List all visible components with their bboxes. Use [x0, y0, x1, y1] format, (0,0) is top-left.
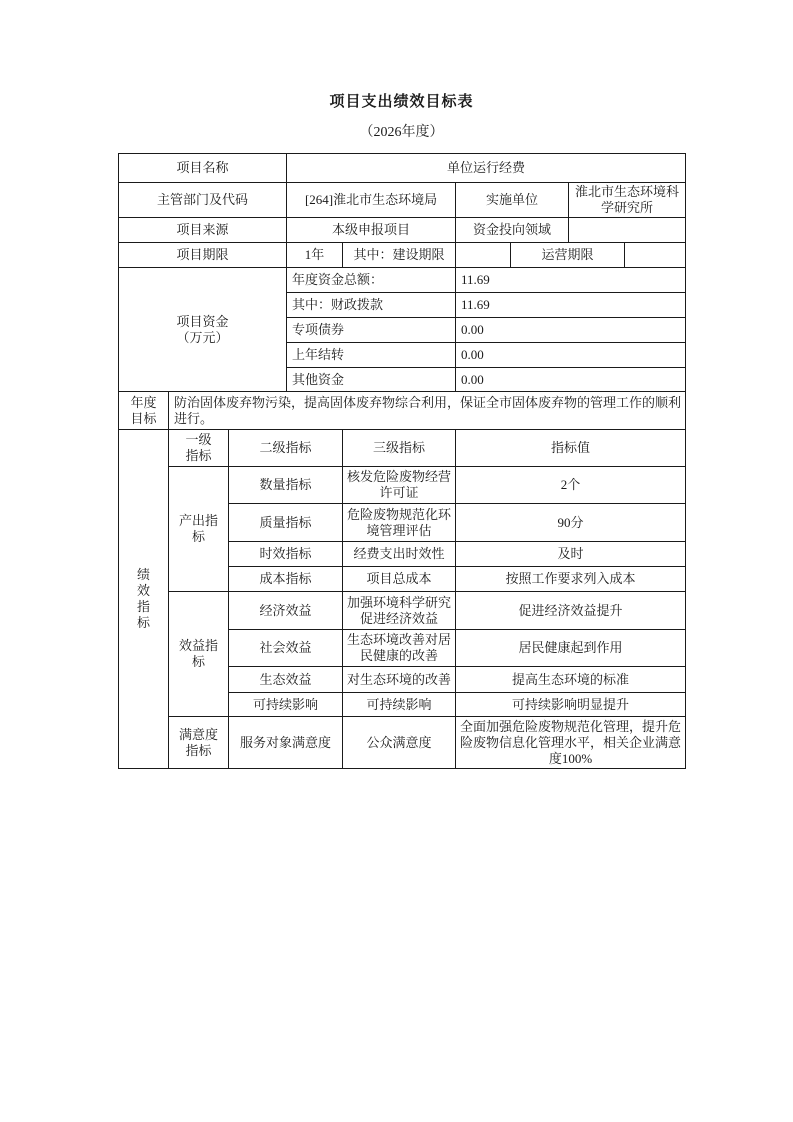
row-fund-total: 项目资金 （万元） 年度资金总额： 11.69 — [119, 268, 686, 293]
construction-period-value-cell — [456, 243, 511, 268]
group-satisfaction-label: 满意度指标 — [177, 727, 220, 759]
fund-bond-value-cell: 0.00 — [456, 318, 686, 343]
output-quantity-level3-cell: 核发危险废物经营许可证 — [343, 467, 456, 504]
satisfaction-level3-cell: 公众满意度 — [343, 717, 456, 769]
document-page: 项目支出绩效目标表 （2026年度） 项目名称 单位运行经费 主管部门及代码 [… — [0, 0, 793, 769]
impl-unit-label-cell: 实施单位 — [456, 183, 569, 218]
row-project-name: 项目名称 单位运行经费 — [119, 154, 686, 183]
doc-title: 项目支出绩效目标表 — [118, 92, 685, 112]
period-label-cell: 项目期限 — [119, 243, 287, 268]
annual-goal-text-cell: 防治固体废弃物污染，提高固体废弃物综合利用，保证全市固体废弃物的管理工作的顺利进… — [169, 392, 686, 430]
operation-period-label-cell: 运营期限 — [511, 243, 625, 268]
header-level2-cell: 二级指标 — [229, 430, 343, 467]
operation-period-value-cell — [625, 243, 686, 268]
output-quantity-value-cell: 2个 — [456, 467, 686, 504]
group-output-label: 产出指标 — [177, 513, 220, 545]
construction-period-label-cell: 其中：建设期限 — [343, 243, 456, 268]
performance-label-cell: 绩效指标 — [119, 430, 169, 769]
annual-goal-label: 年度目标 — [129, 395, 158, 427]
row-period: 项目期限 1年 其中：建设期限 运营期限 — [119, 243, 686, 268]
output-quantity-level2-cell: 数量指标 — [229, 467, 343, 504]
benefit-ecological-value-cell: 提高生态环境的标准 — [456, 667, 686, 693]
benefit-economic-value-cell: 促进经济效益提升 — [456, 592, 686, 630]
performance-label: 绩效指标 — [136, 567, 151, 631]
output-cost-value-cell: 按照工作要求列入成本 — [456, 567, 686, 592]
benefit-ecological-level2-cell: 生态效益 — [229, 667, 343, 693]
row-benefit-economic: 效益指标 经济效益 加强环境科学研究促进经济效益 促进经济效益提升 — [119, 592, 686, 630]
row-satisfaction: 满意度指标 服务对象满意度 公众满意度 全面加强危险废物规范化管理，提升危险废物… — [119, 717, 686, 769]
benefit-social-value-cell: 居民健康起到作用 — [456, 630, 686, 667]
output-timeliness-level2-cell: 时效指标 — [229, 542, 343, 567]
fund-other-label-cell: 其他资金 — [287, 368, 456, 392]
fund-total-label-cell: 年度资金总额： — [287, 268, 456, 293]
benefit-sustainability-level3-cell: 可持续影响 — [343, 693, 456, 717]
fund-group-label-cell: 项目资金 （万元） — [119, 268, 287, 392]
dept-label-cell: 主管部门及代码 — [119, 183, 287, 218]
group-satisfaction-cell: 满意度指标 — [169, 717, 229, 769]
row-department: 主管部门及代码 [264]淮北市生态环境局 实施单位 淮北市生态环境科学研究所 — [119, 183, 686, 218]
header-level1-cell: 一级指标 — [169, 430, 229, 467]
satisfaction-value-cell: 全面加强危险废物规范化管理，提升危险废物信息化管理水平，相关企业满意度100% — [456, 717, 686, 769]
benefit-social-level2-cell: 社会效益 — [229, 630, 343, 667]
row-output-quantity: 产出指标 数量指标 核发危险废物经营许可证 2个 — [119, 467, 686, 504]
project-name-label-cell: 项目名称 — [119, 154, 287, 183]
group-benefit-cell: 效益指标 — [169, 592, 229, 717]
group-benefit-label: 效益指标 — [177, 638, 220, 670]
row-annual-goal: 年度目标 防治固体废弃物污染，提高固体废弃物综合利用，保证全市固体废弃物的管理工… — [119, 392, 686, 430]
output-timeliness-value-cell: 及时 — [456, 542, 686, 567]
dept-value-cell: [264]淮北市生态环境局 — [287, 183, 456, 218]
title-block: 项目支出绩效目标表 （2026年度） — [118, 92, 685, 143]
fund-total-value-cell: 11.69 — [456, 268, 686, 293]
period-value-cell: 1年 — [287, 243, 343, 268]
benefit-sustainability-level2-cell: 可持续影响 — [229, 693, 343, 717]
output-timeliness-level3-cell: 经费支出时效性 — [343, 542, 456, 567]
fund-appropriation-value-cell: 11.69 — [456, 293, 686, 318]
header-level3-cell: 三级指标 — [343, 430, 456, 467]
output-quality-level2-cell: 质量指标 — [229, 504, 343, 542]
source-value-cell: 本级申报项目 — [287, 218, 456, 243]
annual-goal-label-cell: 年度目标 — [119, 392, 169, 430]
benefit-ecological-level3-cell: 对生态环境的改善 — [343, 667, 456, 693]
output-quality-level3-cell: 危险废物规范化环境管理评估 — [343, 504, 456, 542]
performance-target-table: 项目名称 单位运行经费 主管部门及代码 [264]淮北市生态环境局 实施单位 淮… — [118, 153, 686, 769]
benefit-economic-level2-cell: 经济效益 — [229, 592, 343, 630]
fund-other-value-cell: 0.00 — [456, 368, 686, 392]
benefit-economic-level3-cell: 加强环境科学研究促进经济效益 — [343, 592, 456, 630]
impl-unit-value-cell: 淮北市生态环境科学研究所 — [569, 183, 686, 218]
header-level1: 一级指标 — [184, 432, 213, 464]
fund-appropriation-label-cell: 其中：财政拨款 — [287, 293, 456, 318]
doc-subtitle: （2026年度） — [118, 123, 685, 143]
fund-field-value-cell — [569, 218, 686, 243]
fund-field-label-cell: 资金投向领域 — [456, 218, 569, 243]
project-name-value-cell: 单位运行经费 — [287, 154, 686, 183]
header-value-cell: 指标值 — [456, 430, 686, 467]
satisfaction-level2-cell: 服务对象满意度 — [229, 717, 343, 769]
row-source: 项目来源 本级申报项目 资金投向领域 — [119, 218, 686, 243]
output-quality-value-cell: 90分 — [456, 504, 686, 542]
output-cost-level3-cell: 项目总成本 — [343, 567, 456, 592]
benefit-sustainability-value-cell: 可持续影响明显提升 — [456, 693, 686, 717]
fund-carryover-label-cell: 上年结转 — [287, 343, 456, 368]
fund-bond-label-cell: 专项债券 — [287, 318, 456, 343]
benefit-social-level3-cell: 生态环境改善对居民健康的改善 — [343, 630, 456, 667]
group-output-cell: 产出指标 — [169, 467, 229, 592]
row-indicator-header: 绩效指标 一级指标 二级指标 三级指标 指标值 — [119, 430, 686, 467]
fund-carryover-value-cell: 0.00 — [456, 343, 686, 368]
source-label-cell: 项目来源 — [119, 218, 287, 243]
output-cost-level2-cell: 成本指标 — [229, 567, 343, 592]
